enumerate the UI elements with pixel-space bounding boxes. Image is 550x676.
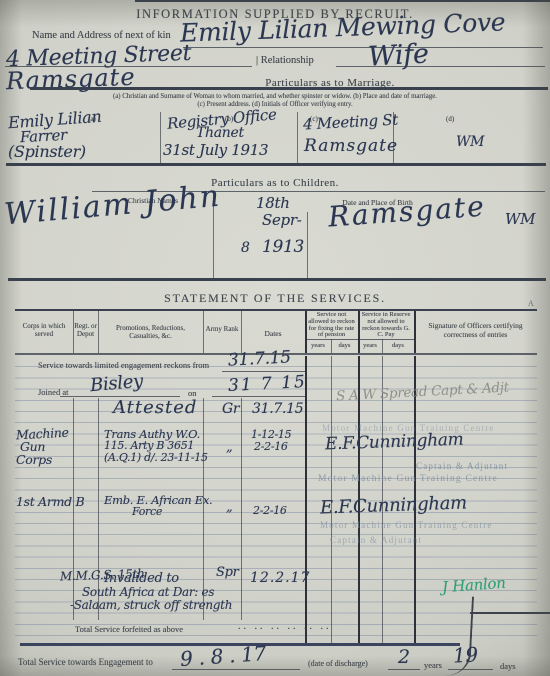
row3-rank: Spr [216,565,239,580]
marriage-col-d-label: (d) [446,115,454,123]
row2-rank-ditto: „ [226,500,232,515]
children-officer-initials: WM [505,210,535,228]
forfeited-dots: .. .. .. .. .. .. [238,621,332,632]
next-of-kin-label: Name and Address of next of kin [32,30,171,41]
row3-promotion-3: -Salaam, struck off strength [70,598,232,612]
marriage-top-rule [30,87,548,90]
total-date-underline [172,669,300,670]
marriage-woman-status: (Spinster) [8,142,86,161]
captain-stamp-upside-down: Captain & Adjutant [330,535,422,545]
child-birth-month: Sepr- [262,211,302,229]
pen-bracket-tail [470,612,550,614]
row2-date: 2-2-16 [253,504,287,517]
row3-signature-green: J Hanlon [441,574,506,596]
reckon-from-label: Service towards limited engagement recko… [38,360,209,370]
top-edge-rule [135,0,550,2]
hdr-vline-7 [358,311,360,353]
services-section-title: STATEMENT OF THE SERVICES. [0,291,550,306]
hdr-vline-3 [203,311,204,353]
hdr-vline-9 [414,311,416,353]
marriage-date: 31st July 1913 [163,141,268,159]
services-col-signature: Signature of Officers certifying correct… [414,322,537,339]
row3-date: 12.2.17 [250,570,310,586]
pension-years-label: years [305,342,331,349]
hdr-vline-6 [331,339,332,353]
child-birth-year: 1913 [262,237,304,257]
child-birth-place-handwriting: Ramsgate [327,190,487,234]
marriage-col-divider-2 [297,112,298,164]
hdr-vline-1 [73,311,74,353]
marriage-officer-initials: WM [456,134,484,150]
gcpay-days-label: days [382,342,414,349]
children-bottom-rule [8,278,546,281]
body-vline-1 [73,398,74,620]
relationship-underline [336,66,545,67]
marriage-place-2: Thanet [196,125,244,141]
child-birth-mark: 8 [241,240,250,256]
reckon-date-handwriting: 31.7.15 [228,347,292,370]
forfeited-label: Total Service forfeited as above [75,624,183,634]
total-years-handwriting: 2 [398,646,410,668]
body-vline-4 [241,398,242,620]
row1-corps-3: Corps [16,452,52,467]
marriage-col-divider-1 [160,112,161,164]
attested-handwriting: Attested [113,397,197,418]
total-days-handwriting: 19 [452,642,478,667]
child-birth-day: 18th [256,194,290,212]
kin-address-line2-handwriting: Ramsgate [6,63,136,96]
marriage-address-2: Ramsgate [304,136,398,156]
row2-signature: E.F.Cunningham [320,492,468,518]
services-col-dates: Dates [241,329,305,338]
services-col-regt: Regt. or Depot [73,322,98,338]
row3-promotion-1: Invalided to [104,571,179,586]
row2-corps: 1st Armd B [16,494,84,509]
joined-date-underline [212,396,305,397]
children-col-divider-2 [307,212,308,278]
years-word-label: years [424,660,442,670]
row1-signature: E.F.Cunningham [325,430,464,455]
hdr-vline-2 [98,311,99,353]
total-years-underline [388,669,420,670]
services-corner-mark: A [528,299,534,308]
marriage-bottom-rule [6,163,546,166]
services-col-gcpay: Service in Reserve not allowed to reckon… [359,312,413,339]
joined-date-handwriting: 31 7 15 [228,372,308,396]
days-word-label: days [500,661,516,671]
services-col-pension: Service not allowed to reckon for fixing… [306,312,357,339]
services-header-top-rule [15,309,537,311]
hdr-vline-8 [382,339,383,353]
children-section-title: Particulars as to Children. [0,177,550,189]
pension-days-label: days [331,342,358,349]
marriage-note-1: (a) Christian and Surname of Woman to wh… [0,93,550,100]
services-col-promotions: Promotions, Reductions, Casualties, &c. [100,324,201,340]
services-col-corps: Corps in which served [15,322,73,338]
scanned-service-record: INFORMATION SUPPLIED BY RECRUIT. Name an… [0,0,550,676]
row1-date-2: 2-2-16 [254,440,288,453]
services-col-rank: Army Rank [203,325,241,333]
attested-date: 31.7.15 [252,401,303,417]
joined-place-handwriting: Bisley [89,371,144,397]
hdr-vline-4 [241,311,242,353]
gcpay-years-label: years [358,342,382,349]
discharge-label: (date of discharge) [308,659,368,668]
marriage-address-1: 4 Meeting St [303,111,399,134]
row1-promotion-3: (A.Q.1) d/. 23-11-15 [104,451,208,464]
relationship-label: | Relationship [256,55,314,66]
body-vline-5 [305,356,307,644]
row2-promotion-2: Force [132,505,162,518]
total-engagement-label: Total Service towards Engagement to [18,657,153,667]
hdr-vline-5 [305,311,307,353]
total-days-underline [448,669,493,670]
mmg-training-centre-stamp: Motor Machine Gun Training Centre [318,474,498,484]
attested-rank: Gr [222,401,239,417]
captain-adjutant-stamp: Captain & Adjutant [416,461,508,471]
relationship-handwriting: Wife [367,38,429,72]
attestation-signature-pencil: S A W Spread Capt & Adjt [336,379,510,404]
mmg-stamp-upside-down: Motor Machine Gun Training Centre [320,520,493,530]
total-date-handwriting: 9 . 8 . 17 [179,641,267,671]
row1-rank-ditto: „ [226,440,232,455]
row3-promotion-2: South Africa at Dar: es [82,585,214,599]
name-underline [183,47,543,48]
